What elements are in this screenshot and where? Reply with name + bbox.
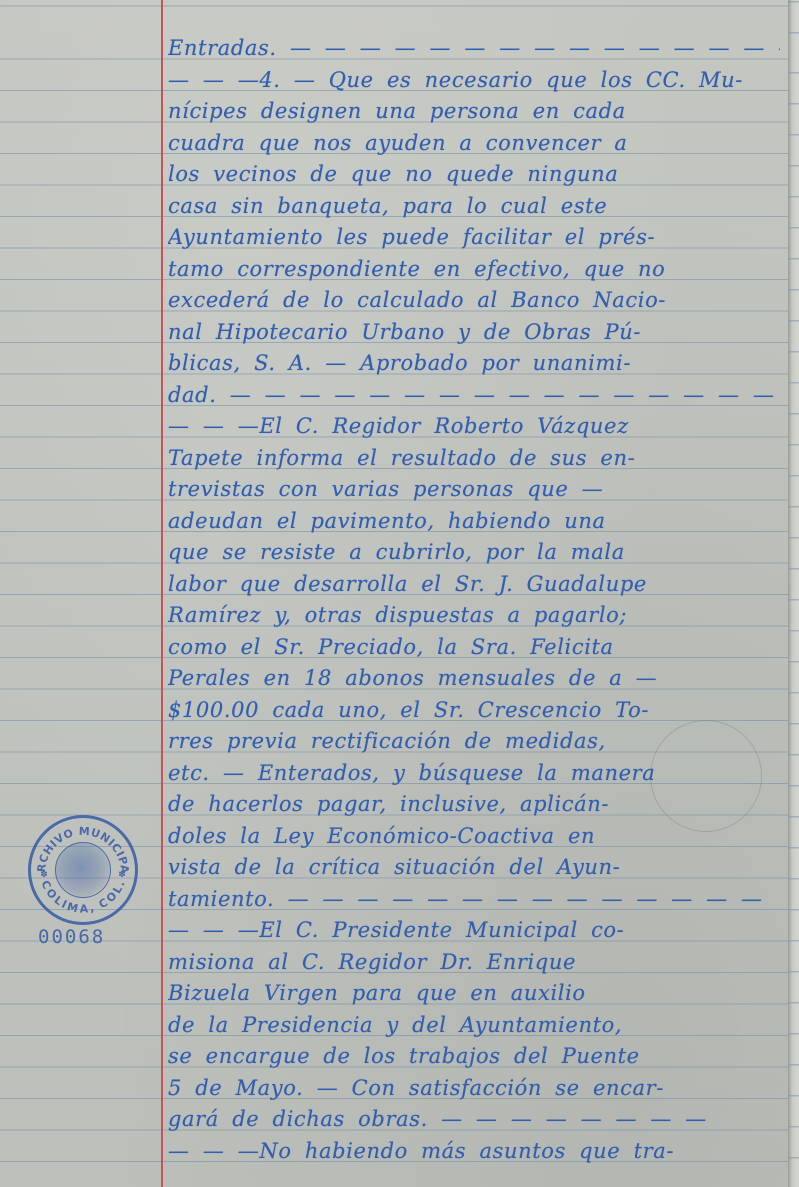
handwritten-line: Ramírez y, otras dispuestas a pagarlo; — [168, 600, 780, 632]
stamp-bottom-text: COLIMA, COL. — [38, 878, 127, 915]
handwritten-line: excederá de lo calculado al Banco Nacio- — [168, 285, 780, 317]
handwritten-line: blicas, S. A. — Aprobado por unanimi- — [168, 348, 780, 380]
stamp-ring-text: ARCHIVO MUNICIPAL COLIMA, COL. ✽ ✽ — [28, 815, 138, 925]
stamp-star-left-icon: ✽ — [40, 870, 48, 880]
handwritten-line: misiona al C. Regidor Dr. Enrique — [168, 947, 780, 979]
handwritten-line: doles la Ley Económico-Coactiva en — [168, 821, 780, 853]
svg-text:COLIMA, COL.: COLIMA, COL. — [38, 878, 127, 915]
handwritten-line: Bizuela Virgen para que en auxilio — [168, 978, 780, 1010]
handwritten-line: $100.00 cada uno, el Sr. Crescencio To- — [168, 695, 780, 727]
handwritten-line: vista de la crítica situación del Ayun- — [168, 852, 780, 884]
handwritten-line: etc. — Enterados, y búsquese la manera — [168, 758, 780, 790]
stamp-top-text: ARCHIVO MUNICIPAL — [28, 815, 131, 874]
archive-number: 00068 — [38, 926, 105, 948]
svg-text:ARCHIVO MUNICIPAL: ARCHIVO MUNICIPAL — [28, 815, 131, 874]
handwritten-text: Entradas. — — — — — — — — — — — — — — — … — [168, 33, 780, 1167]
handwritten-line: rres previa rectificación de medidas, — [168, 726, 780, 758]
document-page: Entradas. — — — — — — — — — — — — — — — … — [0, 0, 788, 1187]
handwritten-line: adeudan el pavimento, habiendo una — [168, 506, 780, 538]
handwritten-line: — — —4. — Que es necesario que los CC. M… — [168, 65, 780, 97]
next-page-edge-lines — [788, 0, 799, 1187]
handwritten-line: Perales en 18 abonos mensuales de a — — [168, 663, 780, 695]
handwritten-line: de hacerlos pagar, inclusive, aplicán- — [168, 789, 780, 821]
handwritten-line: de la Presidencia y del Ayuntamiento, — [168, 1010, 780, 1042]
handwritten-line: — — —El C. Regidor Roberto Vázquez — [168, 411, 780, 443]
stamp-star-right-icon: ✽ — [118, 870, 126, 880]
handwritten-line: que se resiste a cubrirlo, por la mala — [168, 537, 780, 569]
archive-stamp: ARCHIVO MUNICIPAL COLIMA, COL. ✽ ✽ — [28, 815, 138, 925]
handwritten-line: Entradas. — — — — — — — — — — — — — — — … — [168, 33, 780, 65]
handwritten-line: tamo correspondiente en efectivo, que no — [168, 254, 780, 286]
handwritten-line: 5 de Mayo. — Con satisfacción se encar- — [168, 1073, 780, 1105]
handwritten-line: tamiento. — — — — — — — — — — — — — — — [168, 884, 780, 916]
handwritten-line: nal Hipotecario Urbano y de Obras Pú- — [168, 317, 780, 349]
handwritten-line: como el Sr. Preciado, la Sra. Felicita — [168, 632, 780, 664]
handwritten-line: trevistas con varias personas que — — [168, 474, 780, 506]
handwritten-line: dad. — — — — — — — — — — — — — — — — — [168, 380, 780, 412]
handwritten-line: los vecinos de que no quede ninguna — [168, 159, 780, 191]
handwritten-line: Tapete informa el resultado de sus en- — [168, 443, 780, 475]
handwritten-line: — — —No habiendo más asuntos que tra- — [168, 1136, 780, 1168]
handwritten-line: casa sin banqueta, para lo cual este — [168, 191, 780, 223]
handwritten-line: Ayuntamiento les puede facilitar el prés… — [168, 222, 780, 254]
handwritten-line: nícipes designen una persona en cada — [168, 96, 780, 128]
red-margin-line — [161, 0, 163, 1187]
handwritten-line: labor que desarrolla el Sr. J. Guadalupe — [168, 569, 780, 601]
handwritten-line: gará de dichas obras. — — — — — — — — — [168, 1104, 780, 1136]
handwritten-line: se encargue de los trabajos del Puente — [168, 1041, 780, 1073]
handwritten-line: — — —El C. Presidente Municipal co- — [168, 915, 780, 947]
handwritten-line: cuadra que nos ayuden a convencer a — [168, 128, 780, 160]
